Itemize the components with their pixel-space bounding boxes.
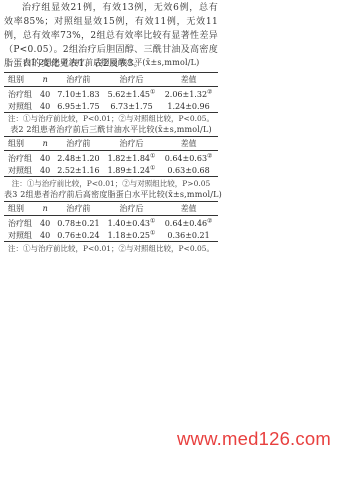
table-2-note: 注：①与治疗前比较，P<0.01；②与对照组比较，P>0.05 [4,179,218,189]
cell-diff: 0.64±0.46② [159,216,218,230]
value: 0.64±0.63 [165,154,207,163]
cell-after: 6.73±1.75 [104,101,159,113]
table-1-caption: 表1 2组患者治疗前后胆固醇水平(x̄±s,mmol/L) [4,58,218,68]
cell-diff: 0.64±0.63② [159,151,218,165]
cell-diff: 2.06±1.32② [159,87,218,101]
cell-n: 40 [37,216,52,230]
cell-before: 2.52±1.16 [53,165,104,177]
header-after: 治疗后 [104,137,159,151]
cell-group: 治疗组 [4,216,37,230]
value: 6.73±1.75 [110,102,152,111]
header-diff: 差值 [159,137,218,151]
table-3-note: 注：①与治疗前比较，P<0.01；②与对照组比较，P<0.05。 [4,244,218,254]
header-before: 治疗前 [53,137,104,151]
header-after: 治疗后 [104,202,159,216]
cell-group: 对照组 [4,230,37,242]
cell-after: 1.40±0.43① [104,216,159,230]
table-row: 治疗组 40 0.78±0.21 1.40±0.43① 0.64±0.46② [4,216,218,230]
table-2-caption: 表2 2组患者治疗前后三酰甘油水平比较(x̄±s,mmol/L) [4,125,218,135]
header-group: 组别 [4,73,37,87]
footnote-mark: ① [150,164,155,171]
cell-n: 40 [37,230,52,242]
header-n: n [37,137,52,151]
cell-n: 40 [37,151,52,165]
cell-after: 1.89±1.24① [104,165,159,177]
cell-diff: 1.24±0.96 [159,101,218,113]
table-1-cholesterol: 组别 n 治疗前 治疗后 差值 治疗组 40 7.10±1.83 5.62±1.… [4,72,218,113]
cell-before: 0.76±0.24 [53,230,104,242]
site-watermark: www.med126.com [177,428,331,450]
table-row: 对照组 40 6.95±1.75 6.73±1.75 1.24±0.96 [4,101,218,113]
value: 2.06±1.32 [165,90,207,99]
value: 1.89±1.24 [108,166,150,175]
cell-before: 7.10±1.83 [53,87,104,101]
value: 0.36±0.21 [167,231,209,240]
cell-group: 对照组 [4,101,37,113]
header-before: 治疗前 [53,202,104,216]
header-n: n [37,202,52,216]
table-header-row: 组别 n 治疗前 治疗后 差值 [4,137,218,151]
value: 5.62±1.45 [108,90,150,99]
cell-group: 治疗组 [4,151,37,165]
table-header-row: 组别 n 治疗前 治疗后 差值 [4,73,218,87]
table-row: 治疗组 40 7.10±1.83 5.62±1.45① 2.06±1.32② [4,87,218,101]
value: 1.40±0.43 [108,219,150,228]
footnote-mark: ② [207,89,212,96]
cell-before: 6.95±1.75 [53,101,104,113]
cell-before: 2.48±1.20 [53,151,104,165]
footnote-mark: ① [150,153,155,160]
footnote-mark: ② [207,153,212,160]
table-3-caption: 表3 2组患者治疗前后高密度脂蛋白水平比较(x̄±s,mmol/L) [4,190,218,200]
header-n: n [37,73,52,87]
table-header-row: 组别 n 治疗前 治疗后 差值 [4,202,218,216]
cell-n: 40 [37,165,52,177]
value: 1.82±1.84 [108,154,150,163]
cell-group: 治疗组 [4,87,37,101]
footnote-mark: ① [150,229,155,236]
footnote-mark: ② [207,218,212,225]
cell-before: 0.78±0.21 [53,216,104,230]
header-after: 治疗后 [104,73,159,87]
table-row: 对照组 40 2.52±1.16 1.89±1.24① 0.63±0.68 [4,165,218,177]
footnote-mark: ① [150,89,155,96]
cell-diff: 0.36±0.21 [159,230,218,242]
value: 0.63±0.68 [167,166,209,175]
cell-after: 5.62±1.45① [104,87,159,101]
table-3-hdl: 组别 n 治疗前 治疗后 差值 治疗组 40 0.78±0.21 1.40±0.… [4,201,218,242]
value: 1.24±0.96 [167,102,209,111]
value: 0.64±0.46 [165,219,207,228]
value: 1.18±0.25 [108,231,150,240]
cell-after: 1.18±0.25① [104,230,159,242]
cell-group: 对照组 [4,165,37,177]
cell-after: 1.82±1.84① [104,151,159,165]
header-diff: 差值 [159,202,218,216]
table-2-triglyceride: 组别 n 治疗前 治疗后 差值 治疗组 40 2.48±1.20 1.82±1.… [4,136,218,177]
header-diff: 差值 [159,73,218,87]
header-group: 组别 [4,137,37,151]
cell-n: 40 [37,87,52,101]
cell-n: 40 [37,101,52,113]
header-group: 组别 [4,202,37,216]
table-1-note: 注：①与治疗前比较，P<0.01；②与对照组比较，P<0.05。 [4,114,218,124]
table-row: 对照组 40 0.76±0.24 1.18±0.25① 0.36±0.21 [4,230,218,242]
table-row: 治疗组 40 2.48±1.20 1.82±1.84① 0.64±0.63② [4,151,218,165]
header-before: 治疗前 [53,73,104,87]
footnote-mark: ① [150,218,155,225]
cell-diff: 0.63±0.68 [159,165,218,177]
